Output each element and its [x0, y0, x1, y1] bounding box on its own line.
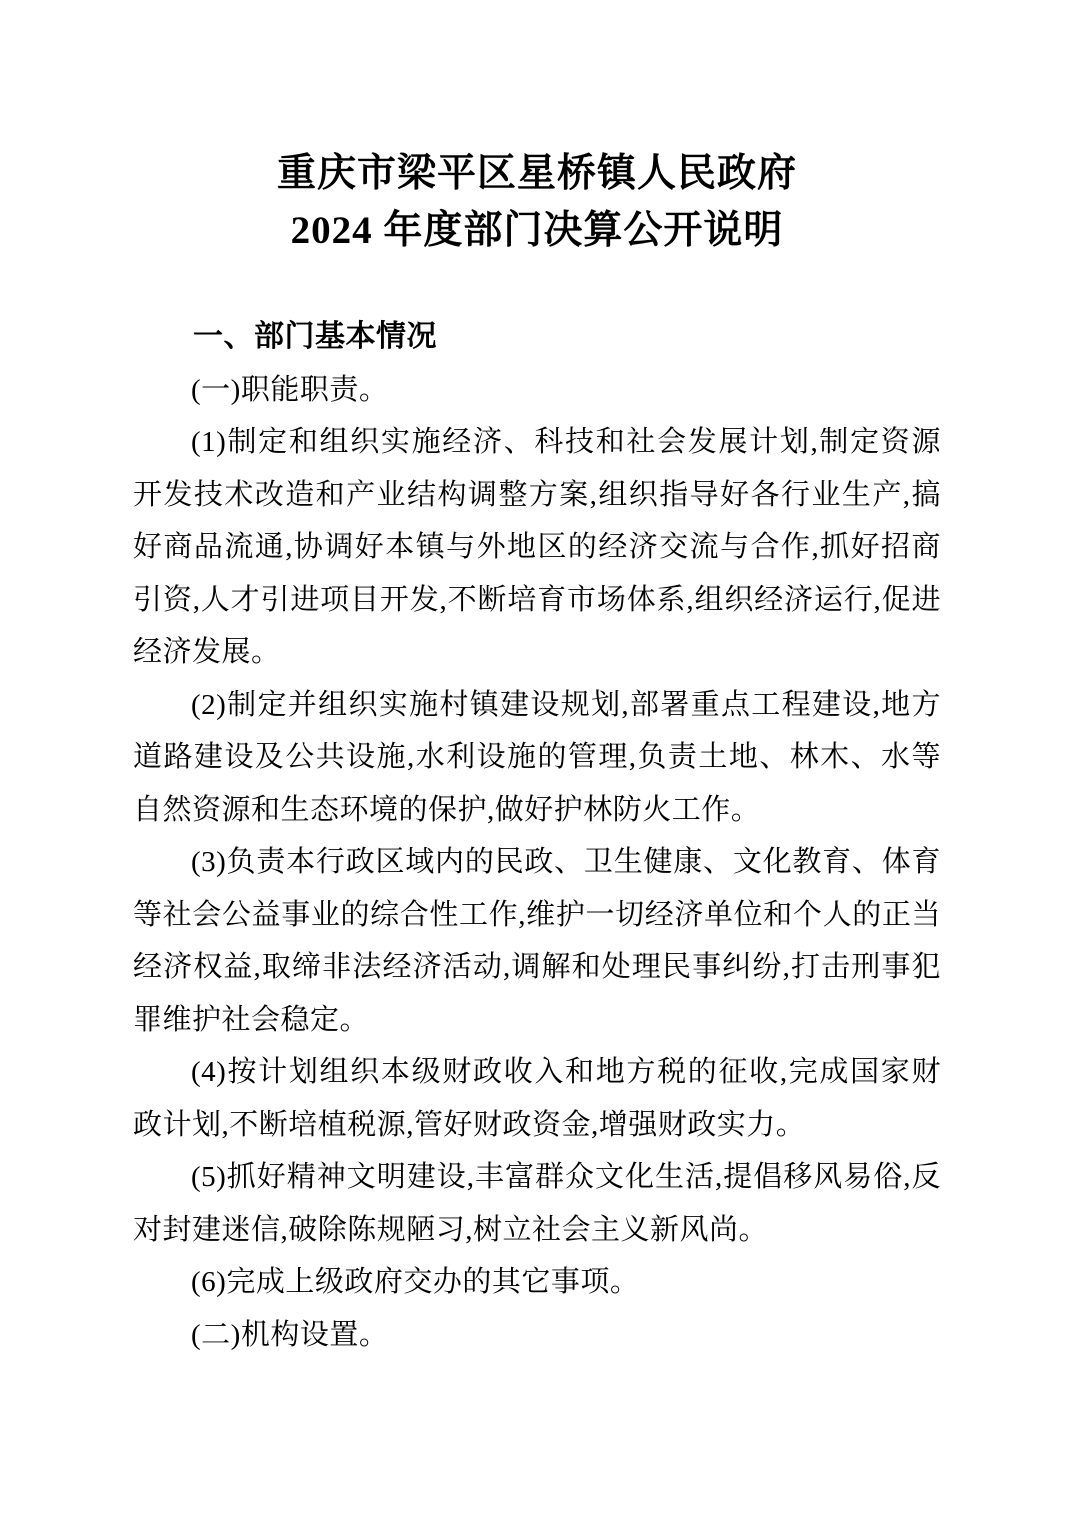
paragraph-duty-6: (6)完成上级政府交办的其它事项。: [133, 1256, 941, 1309]
subsection-heading-duties: (一)职能职责。: [133, 364, 941, 417]
document-title: 重庆市梁平区星桥镇人民政府 2024 年度部门决算公开说明: [133, 145, 941, 259]
paragraph-duty-4: (4)按计划组织本级财政收入和地方税的征收,完成国家财政计划,不断培植税源,管好…: [133, 1046, 941, 1151]
document-page: 重庆市梁平区星桥镇人民政府 2024 年度部门决算公开说明 一、部门基本情况 (…: [0, 0, 1074, 1520]
paragraph-duty-3: (3)负责本行政区域内的民政、卫生健康、文化教育、体育等社会公益事业的综合性工作…: [133, 836, 941, 1046]
title-line-1: 重庆市梁平区星桥镇人民政府: [133, 145, 941, 202]
title-line-2: 2024 年度部门决算公开说明: [133, 202, 941, 259]
subsection-heading-organization-setup: (二)机构设置。: [133, 1309, 941, 1362]
section-heading-department-basic-info: 一、部门基本情况: [133, 311, 941, 364]
paragraph-duty-1: (1)制定和组织实施经济、科技和社会发展计划,制定资源开发技术改造和产业结构调整…: [133, 416, 941, 679]
document-body: 一、部门基本情况 (一)职能职责。 (1)制定和组织实施经济、科技和社会发展计划…: [133, 311, 941, 1361]
paragraph-duty-5: (5)抓好精神文明建设,丰富群众文化生活,提倡移风易俗,反对封建迷信,破除陈规陋…: [133, 1151, 941, 1256]
paragraph-duty-2: (2)制定并组织实施村镇建设规划,部署重点工程建设,地方道路建设及公共设施,水利…: [133, 679, 941, 837]
